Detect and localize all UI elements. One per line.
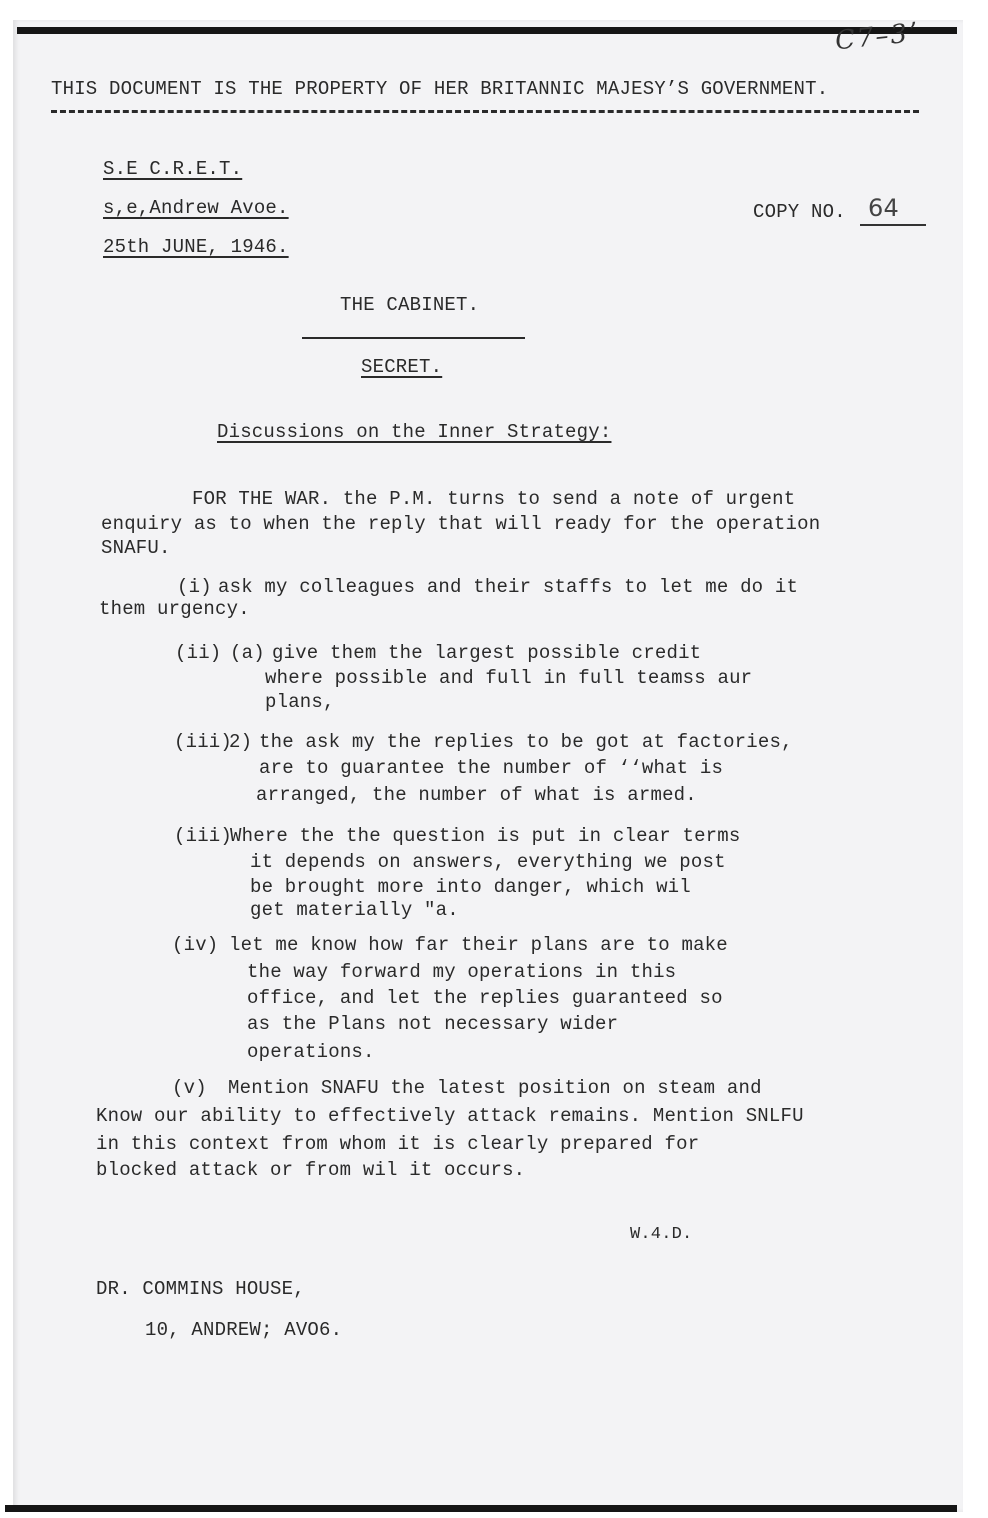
item-iv-line: operations. — [247, 1043, 375, 1062]
item-iii-a-line: arranged, the number of what is armed. — [256, 786, 697, 805]
item-ii-line: plans, — [265, 693, 335, 712]
item-iii-b-line: it depends on answers, everything we pos… — [250, 853, 726, 872]
cabinet-divider — [302, 337, 525, 339]
bottom-rule — [5, 1505, 957, 1512]
top-rule — [17, 27, 957, 34]
item-label: (v) — [172, 1079, 207, 1098]
item-label: (iii) — [174, 827, 232, 846]
item-iii-a-line: the ask my the replies to be got at fact… — [259, 733, 793, 752]
address-line: 10, ANDREW; AVO6. — [145, 1321, 342, 1340]
item-iii-a-line: are to guarantee the number of ‘‘what is — [259, 759, 723, 778]
item-label: (iv) — [172, 936, 218, 955]
item-v-line: Know our ability to effectively attack r… — [96, 1107, 804, 1126]
item-iv-line: the way forward my operations in this — [247, 963, 676, 982]
item-label: (ii) — [175, 644, 221, 663]
item-iii-b-line: Where the the question is put in clear t… — [230, 827, 740, 846]
intro-line: enquiry as to when the reply that will r… — [101, 515, 820, 534]
item-v-line: in this context from whom it is clearly … — [96, 1135, 699, 1154]
item-v-line: blocked attack or from wil it occurs. — [96, 1161, 525, 1180]
classification-mark: S.E C.R.E.T. — [103, 160, 242, 179]
dashed-divider — [51, 110, 919, 113]
address-line: DR. COMMINS HOUSE, — [96, 1280, 305, 1299]
copy-label: COPY NO. — [753, 203, 846, 222]
item-i-line: them urgency. — [99, 600, 250, 619]
item-iii-b-line: get materially "a. — [250, 901, 459, 920]
item-label: (iii) — [174, 733, 232, 752]
subject-heading: Discussions on the Inner Strategy: — [217, 423, 611, 442]
intro-line: FOR THE WAR. the P.M. turns to send a no… — [192, 490, 795, 509]
item-iv-line: as the Plans not necessary wider — [247, 1015, 618, 1034]
item-iv-line: let me know how far their plans are to m… — [229, 936, 728, 955]
item-i-line: ask my colleagues and their staffs to le… — [218, 578, 798, 597]
intro-line: SNAFU. — [101, 539, 171, 558]
document-date: 25th JUNE, 1946. — [103, 238, 289, 257]
item-iii-b-line: be brought more into danger, which wil — [250, 878, 691, 897]
item-ii-line: where possible and full in full teamss a… — [265, 669, 752, 688]
item-sublabel: 2) — [229, 733, 252, 752]
item-ii-line: give them the largest possible credit — [272, 644, 701, 663]
addressee: s,e,Andrew Avoe. — [103, 199, 289, 218]
item-iv-line: office, and let the replies guaranteed s… — [247, 989, 723, 1008]
secret-heading: SECRET. — [361, 358, 442, 377]
cabinet-title: THE CABINET. — [340, 296, 479, 315]
item-sublabel: (a) — [230, 644, 265, 663]
property-notice: THIS DOCUMENT IS THE PROPERTY OF HER BRI… — [51, 80, 828, 99]
signature-initials: W.4.D. — [630, 1226, 692, 1243]
copy-number-underline — [860, 224, 926, 226]
copy-number: 64 — [868, 196, 899, 220]
item-v-line: Mention SNAFU the latest position on ste… — [228, 1079, 762, 1098]
item-label: (i) — [177, 578, 212, 597]
